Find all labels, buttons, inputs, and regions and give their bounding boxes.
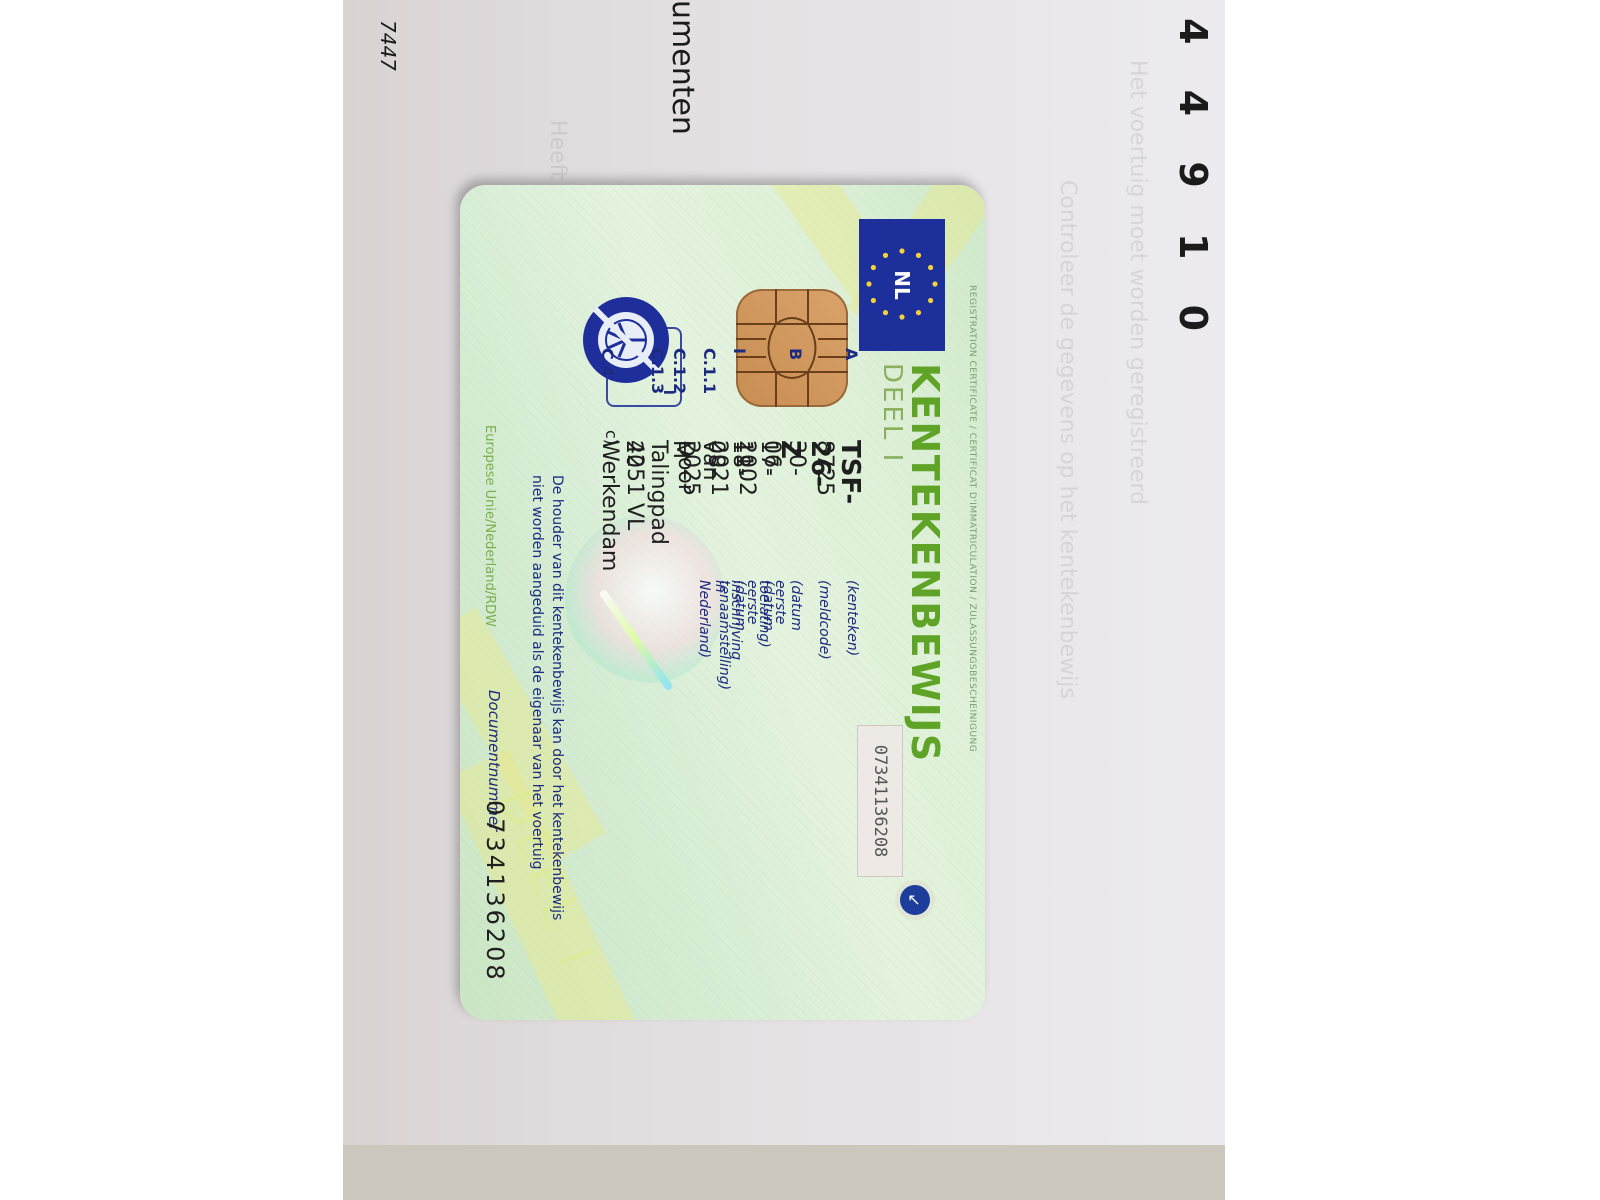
paper-partial-number: 7447 — [376, 20, 400, 71]
field-value: c) — [602, 430, 621, 445]
document-number: 0734136208 — [481, 800, 509, 983]
field-code: C.4 — [598, 348, 617, 377]
flag-country-code: NL — [859, 219, 945, 351]
field-value: 8725 — [812, 440, 837, 496]
field-code: C.1.1 — [700, 348, 719, 394]
field-code: I — [730, 348, 749, 354]
holder-note-line1: De houder van dit kentekenbewijs kan doo… — [549, 475, 565, 920]
ghost-print: Het voertuig moet worden geregistreerd — [1125, 60, 1150, 505]
serial-number-box: 07341136208 — [857, 725, 903, 877]
field-value: M — [668, 440, 693, 459]
ghost-print: Controleer de gegevens op het kentekenbe… — [1055, 180, 1080, 699]
field-label: (datum tenaamstelling) — [716, 580, 748, 690]
card-title: KENTEKENBEWIJS — [903, 363, 947, 763]
card-subtitle: DEEL I — [877, 363, 907, 464]
eu-flag-icon: NL — [859, 219, 945, 351]
field-code: A — [842, 348, 861, 360]
registration-card: DEEL I REGISTRATION CERTIFICATE / CERTIF… — [460, 185, 985, 1020]
paper-partial-word: umenten — [665, 0, 700, 135]
paper-underlay — [343, 1145, 1225, 1200]
card-top-strip: REGISTRATION CERTIFICATE / CERTIFICAT D'… — [967, 285, 977, 752]
field-code: B — [786, 348, 805, 360]
holder-note-line2: niet worden aangeduid als de eigenaar va… — [529, 475, 545, 870]
field-label: (kenteken) — [844, 580, 860, 656]
field-label: (meldcode) — [816, 580, 832, 660]
info-arrow-icon: ↙ — [895, 880, 935, 920]
issuer-text: Europese Unie/Nederland/RDW — [482, 425, 497, 627]
field-value: 4251 VL Werkendam — [597, 440, 647, 571]
field-code: C.1.3 — [648, 348, 667, 394]
field-code: C.1.2 — [670, 348, 689, 394]
paper-printed-digits: 4 4 9 1 0 — [1171, 18, 1215, 347]
